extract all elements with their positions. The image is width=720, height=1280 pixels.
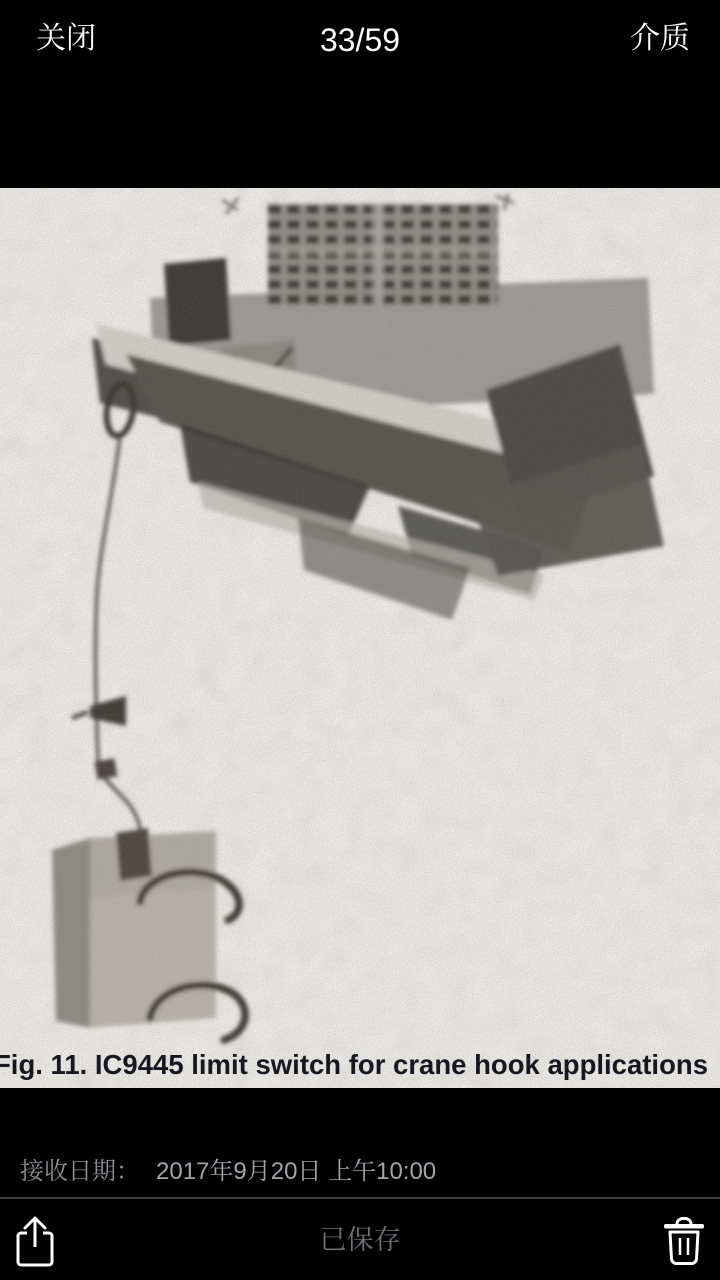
delete-button[interactable] [660,1213,708,1267]
photo-viewer[interactable]: Fig. 11. IC9445 limit switch for crane h… [0,188,720,1088]
figure-caption: Fig. 11. IC9445 limit switch for crane h… [0,1049,708,1080]
attachment-photo: Fig. 11. IC9445 limit switch for crane h… [0,188,720,1088]
bottom-toolbar: 已保存 [0,1199,720,1280]
share-button[interactable] [12,1211,58,1269]
top-nav: 关闭 33/59 介质 [0,0,720,76]
received-date-label: 接收日期： [20,1158,140,1185]
received-date-value: 2017年9月20日 上午10:00 [156,1158,436,1185]
trash-icon [660,1213,708,1267]
close-button[interactable]: 关闭 [36,21,96,57]
saved-status: 已保存 [0,1223,720,1257]
media-button[interactable]: 介质 [630,21,690,57]
page-counter: 33/59 [0,22,720,58]
received-date-row: 接收日期：2017年9月20日 上午10:00 [20,1152,700,1192]
share-icon [12,1211,58,1269]
